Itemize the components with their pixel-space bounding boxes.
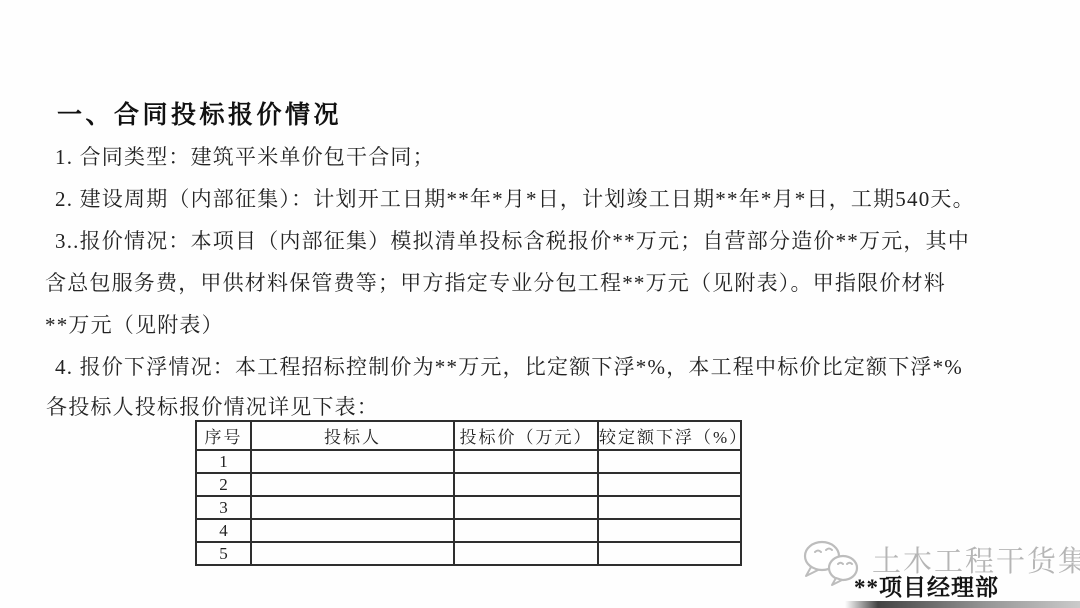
table-row: 3 xyxy=(196,496,741,519)
department-signature: **项目经理部 xyxy=(854,569,999,602)
price-cell xyxy=(454,473,598,496)
price-cell xyxy=(454,542,598,565)
table-row: 5 xyxy=(196,542,741,565)
header-cell-discount: 较定额下浮（%） xyxy=(598,421,741,450)
row-number-cell: 4 xyxy=(196,519,251,542)
price-cell xyxy=(454,450,598,473)
bidders-table: 序号 投标人 投标价（万元） 较定额下浮（%） 1 2 3 xyxy=(195,420,742,566)
bidder-cell xyxy=(251,450,454,473)
row-number-cell: 5 xyxy=(196,542,251,565)
body-line-quote-situation-1: 3..报价情况：本项目（内部征集）模拟清单投标含税报价**万元；自营部分造价**… xyxy=(55,225,970,255)
table-row: 4 xyxy=(196,519,741,542)
page-title: 一、合同投标报价情况 xyxy=(57,95,342,131)
discount-cell xyxy=(598,450,741,473)
header-cell-serial: 序号 xyxy=(196,421,251,450)
bottom-edge-shadow xyxy=(845,601,1080,608)
discount-cell xyxy=(598,519,741,542)
header-cell-bidder: 投标人 xyxy=(251,421,454,450)
bidder-cell xyxy=(251,496,454,519)
bidder-cell xyxy=(251,519,454,542)
row-number-cell: 3 xyxy=(196,496,251,519)
discount-cell xyxy=(598,473,741,496)
body-line-price-reduction: 4. 报价下浮情况：本工程招标控制价为**万元，比定额下浮*%，本工程中标价比定… xyxy=(55,351,963,381)
body-line-construction-period: 2. 建设周期（内部征集）：计划开工日期**年*月*日，计划竣工日期**年*月*… xyxy=(55,183,975,213)
row-number-cell: 1 xyxy=(196,450,251,473)
body-line-table-intro: 各投标人投标报价情况详见下表： xyxy=(46,391,379,421)
discount-cell xyxy=(598,542,741,565)
discount-cell xyxy=(598,496,741,519)
price-cell xyxy=(454,496,598,519)
table-row: 2 xyxy=(196,473,741,496)
body-line-contract-type: 1. 合同类型：建筑平米单价包干合同； xyxy=(55,141,435,171)
row-number-cell: 2 xyxy=(196,473,251,496)
body-line-quote-situation-2: 含总包服务费，甲供材料保管费等；甲方指定专业分包工程**万元（见附表）。甲指限价… xyxy=(45,267,946,297)
price-cell xyxy=(454,519,598,542)
body-line-quote-situation-3: **万元（见附表） xyxy=(45,309,224,339)
table-header-row: 序号 投标人 投标价（万元） 较定额下浮（%） xyxy=(196,421,741,450)
table-row: 1 xyxy=(196,450,741,473)
bidder-cell xyxy=(251,473,454,496)
header-cell-price: 投标价（万元） xyxy=(454,421,598,450)
document-page: 一、合同投标报价情况 1. 合同类型：建筑平米单价包干合同； 2. 建设周期（内… xyxy=(0,0,1080,608)
bidder-cell xyxy=(251,542,454,565)
